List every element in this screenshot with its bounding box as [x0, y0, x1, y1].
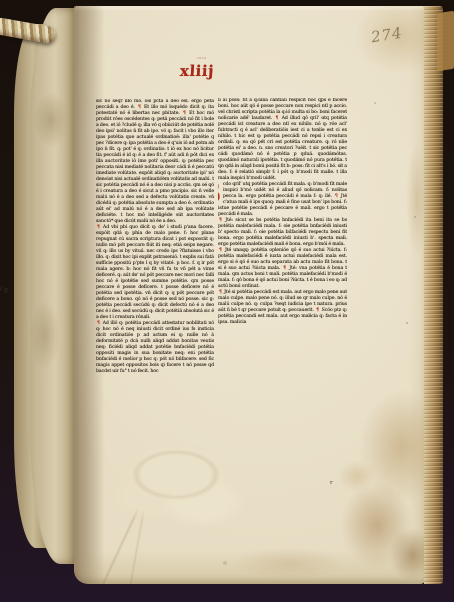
ink-specks: [74, 6, 76, 8]
text-column-right: li ai poss: fit a q:lana cántiali respic…: [218, 98, 347, 490]
text-column-left: sic nó seqr illo mó. ois pctá a deo ésl.…: [96, 99, 214, 497]
stain-bottom-middle: [224, 542, 354, 584]
pilcrow-icon: ¶: [137, 105, 142, 110]
pilcrow-icon: ¶: [334, 194, 339, 199]
pilcrow-icon: ¶: [96, 321, 101, 326]
pilcrow-icon: ¶: [315, 308, 320, 313]
leaf-stain: [30, 300, 60, 370]
leaf-edge-marks: ſ g: [0, 285, 9, 294]
text-paragraph: ¶ Ad vbi pbi quo dicit q: de' i studi p'…: [96, 225, 214, 321]
heading-guide-note: cnca: [197, 56, 207, 60]
text-paragraph: ¶ Jté unaqq: potétia oplenióe qó é suo a…: [218, 248, 347, 290]
folio-heading-rubric: xliij: [179, 62, 214, 80]
rubric-initial: S: [218, 183, 221, 204]
text-paragraph: sic nó seqr illo mó. ois pctá a deo ésl.…: [96, 99, 214, 225]
leaf-stain: [34, 92, 68, 148]
text-paragraph: Scdo qril' utq potétia peccádi fit mala.…: [218, 182, 347, 218]
text-paragraph: ¶ Ad illó q: potétia peccádi attestatur …: [96, 321, 214, 375]
stain-top-right: [352, 6, 426, 92]
paper-damage-patch: [108, 444, 244, 540]
pilcrow-icon: ¶: [218, 248, 223, 253]
text-paragraph: ¶ Jté si potétia peccádi est mala. aut e…: [218, 290, 347, 326]
previous-leaf-edge: [30, 8, 80, 564]
signature-mark: r: [330, 480, 333, 486]
pilcrow-icon: ¶: [218, 290, 223, 295]
pilcrow-icon: ¶: [182, 111, 187, 116]
book-photo: ſ g cnca xliij 274 sic nó seqr illo mó. …: [0, 0, 454, 602]
stain-right-edge: [404, 134, 426, 264]
fore-edge-pages: [424, 6, 443, 584]
book-page: cnca xliij 274 sic nó seqr illo mó. ois …: [74, 6, 426, 584]
text-paragraph: li ai poss: fit a q:lana cántiali respic…: [218, 98, 347, 182]
pilcrow-icon: ¶: [282, 266, 287, 271]
pilcrow-icon: ¶: [96, 225, 101, 230]
pilcrow-icon: ¶: [218, 218, 223, 223]
text-paragraph: ¶ Jté: sicut se bs potétia bnfaciédi ita…: [218, 218, 347, 248]
pilcrow-icon: ¶: [275, 116, 280, 121]
fore-edge-corner: [437, 11, 454, 72]
